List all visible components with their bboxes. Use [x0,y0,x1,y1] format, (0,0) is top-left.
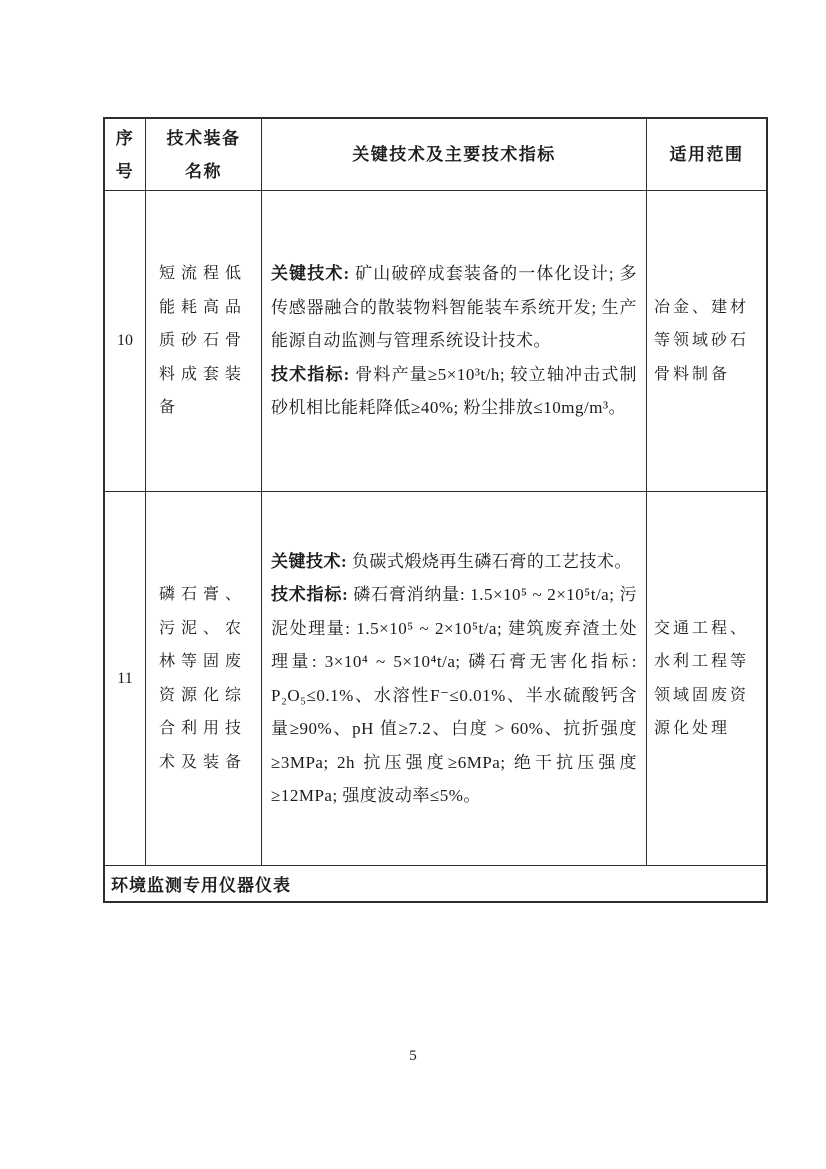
row-10-scope: 冶金、建材等领域砂石骨料制备 [654,291,751,392]
row-11-name-cell: 磷石膏、污泥、农林等固废资源化综合利用技术及装备 [146,492,262,866]
row-10-name-cell: 短流程低能耗高品质砂石骨料成套装备 [146,191,262,492]
row-10-indicator-paragraph: 技术指标: 骨料产量≥5×10³t/h; 较立轴冲击式制砂机相比能耗降低≥40%… [271,358,637,425]
row-11-scope-cell: 交通工程、水利工程等领域固废资源化处理 [647,492,766,866]
row-11-scope: 交通工程、水利工程等领域固废资源化处理 [654,612,751,746]
row-10-scope-cell: 冶金、建材等领域砂石骨料制备 [647,191,766,492]
row-11-indicator-text: 磷石膏消纳量: 1.5×10⁵ ~ 2×10⁵t/a; 污泥处理量: 1.5×1… [271,585,637,805]
header-name-line1: 技术装备 [167,122,241,155]
row-11-key-tech-paragraph: 关键技术: 负碳式煅烧再生磷石膏的工艺技术。 [271,545,637,579]
header-name-line2: 名称 [185,155,222,188]
row-10-key-tech-label: 关键技术: [271,264,355,283]
row-11-name: 磷石膏、污泥、农林等固废资源化综合利用技术及装备 [159,578,248,779]
header-cell-scope: 适用范围 [647,119,766,191]
header-tech-line1: 关键技术及主要技术指标 [352,138,556,171]
page-number: 5 [0,1048,826,1065]
row-10-name: 短流程低能耗高品质砂石骨料成套装备 [159,257,248,425]
row-10-indicator-label: 技术指标: [271,365,355,384]
row-11-number: 11 [105,492,146,866]
row-10-number: 10 [105,191,146,492]
row-11-indicator-label: 技术指标: [271,585,353,604]
row-11-indicator-paragraph: 技术指标: 磷石膏消纳量: 1.5×10⁵ ~ 2×10⁵t/a; 污泥处理量:… [271,578,637,813]
row-11-key-tech-label: 关键技术: [271,552,352,571]
document-page: { "page_number": "5", "table": { "header… [0,0,826,1169]
row-11-tech-cell: 关键技术: 负碳式煅烧再生磷石膏的工艺技术。 技术指标: 磷石膏消纳量: 1.5… [262,492,647,866]
header-cell-name: 技术装备 名称 [146,119,262,191]
section-row-title: 环境监测专用仪器仪表 [105,866,766,901]
row-10-key-tech-paragraph: 关键技术: 矿山破碎成套装备的一体化设计; 多传感器融合的散装物料智能装车系统开… [271,257,637,358]
header-no-line2: 号 [116,155,135,188]
equipment-table: 序 号 技术装备 名称 关键技术及主要技术指标 适用范围 10 短流程低能耗高品… [103,117,768,903]
row-10-tech-cell: 关键技术: 矿山破碎成套装备的一体化设计; 多传感器融合的散装物料智能装车系统开… [262,191,647,492]
header-scope-line1: 适用范围 [670,138,744,171]
row-11-key-tech-text: 负碳式煅烧再生磷石膏的工艺技术。 [352,552,632,571]
header-cell-tech: 关键技术及主要技术指标 [262,119,647,191]
header-no-line1: 序 [116,122,135,155]
header-cell-no: 序 号 [105,119,146,191]
